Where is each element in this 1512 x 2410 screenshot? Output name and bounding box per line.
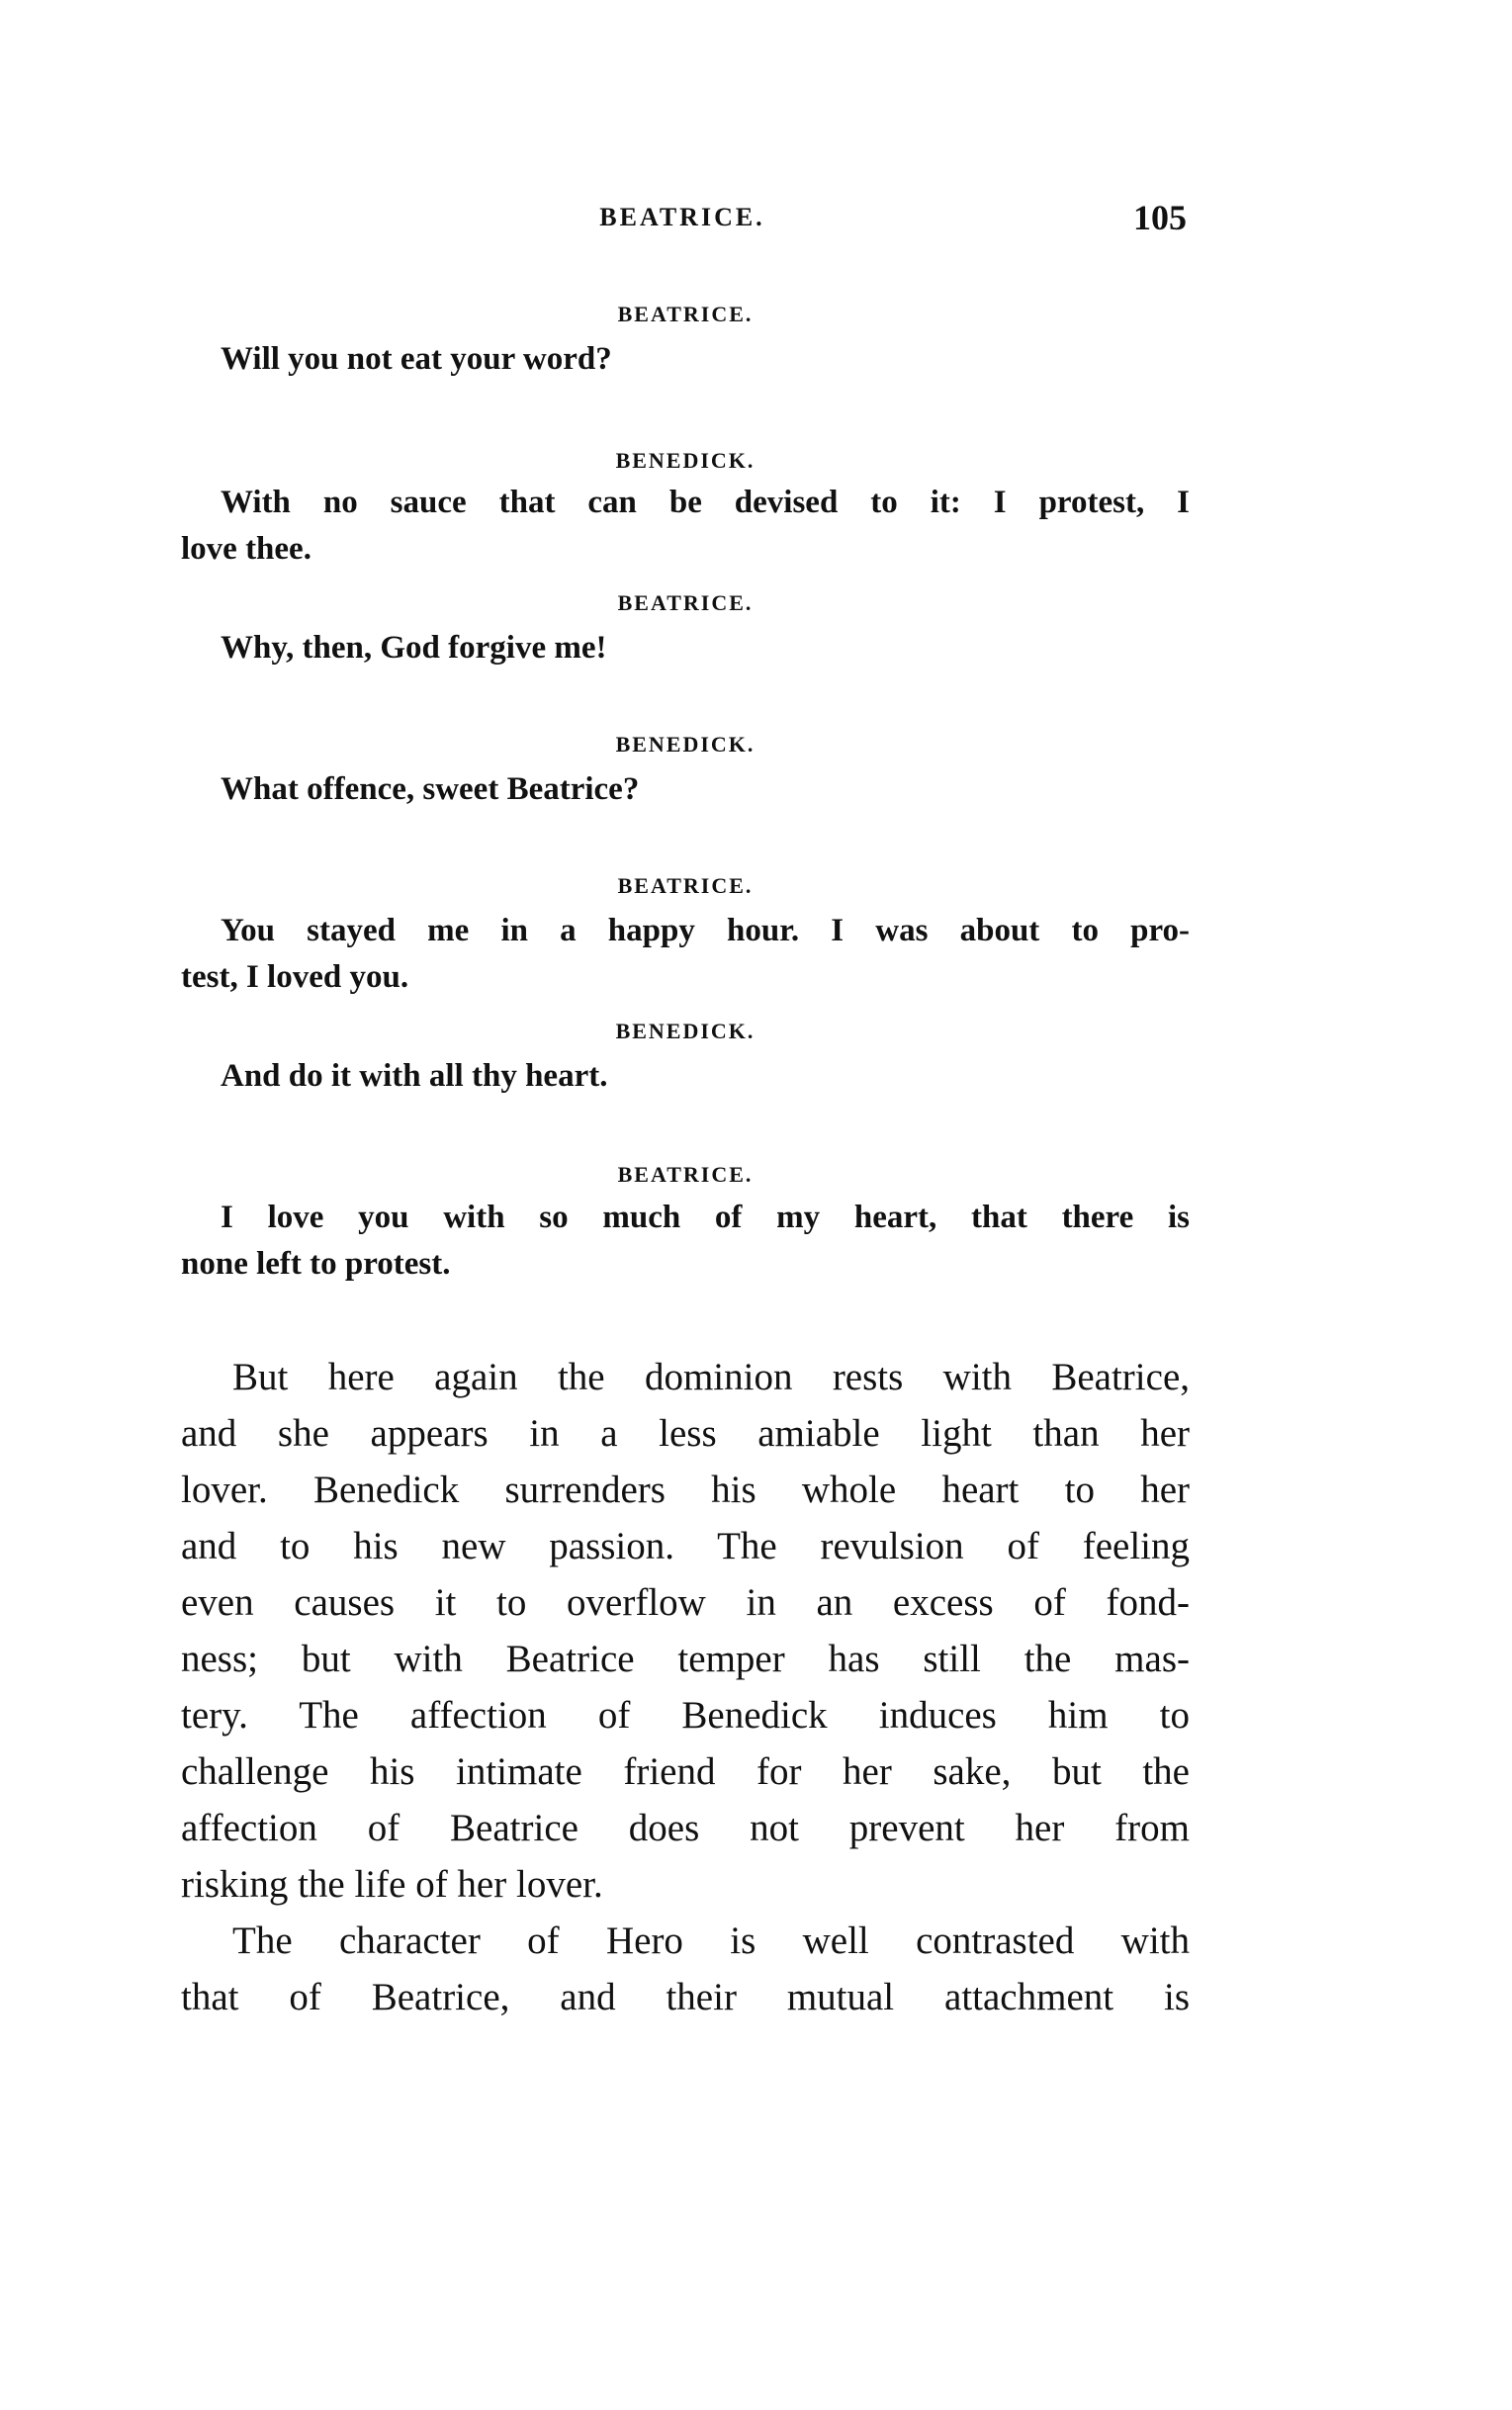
dialogue-line: none left to protest.: [181, 1246, 1190, 1283]
prose-line: even causes it to overflow in an excess …: [181, 1580, 1190, 1625]
speaker-label: BEATRICE.: [181, 873, 1190, 899]
dialogue-line: I love you with so much of my heart, tha…: [181, 1200, 1190, 1236]
page-number: 105: [1133, 197, 1187, 238]
dialogue-line: test, I loved you.: [181, 959, 1190, 996]
dialogue-line: What offence, sweet Beatrice?: [181, 771, 1190, 808]
running-header: BEATRICE. 105: [178, 203, 1187, 246]
book-page: BEATRICE. 105 BEATRICE. Will you not eat…: [0, 0, 1512, 2410]
prose-line: lover. Benedick surrenders his whole hea…: [181, 1468, 1190, 1512]
dialogue-line: Why, then, God forgive me!: [181, 630, 1190, 667]
dialogue-line: love thee.: [181, 531, 1190, 568]
prose-line: that of Beatrice, and their mutual attac…: [181, 1975, 1190, 2019]
dialogue-line: Will you not eat your word?: [181, 341, 1190, 378]
prose-line: ness; but with Beatrice temper has still…: [181, 1637, 1190, 1681]
speaker-label: BEATRICE.: [181, 302, 1190, 327]
dialogue-line: With no sauce that can be devised to it:…: [181, 485, 1190, 521]
speaker-label: BENEDICK.: [181, 1019, 1190, 1044]
running-header-title: BEATRICE.: [178, 203, 1187, 232]
prose-line: risking the life of her lover.: [181, 1862, 1190, 1907]
prose-line: affection of Beatrice does not prevent h…: [181, 1806, 1190, 1850]
speaker-label: BEATRICE.: [181, 590, 1190, 616]
speaker-label: BENEDICK.: [181, 732, 1190, 758]
dialogue-line: And do it with all thy heart.: [181, 1058, 1190, 1095]
prose-line: and to his new passion. The revulsion of…: [181, 1524, 1190, 1568]
speaker-label: BENEDICK.: [181, 448, 1190, 474]
speaker-label: BEATRICE.: [181, 1162, 1190, 1188]
prose-line: challenge his intimate friend for her sa…: [181, 1749, 1190, 1794]
prose-line: But here again the dominion rests with B…: [181, 1355, 1190, 1399]
prose-line: tery. The affection of Benedick induces …: [181, 1693, 1190, 1738]
dialogue-line: You stayed me in a happy hour. I was abo…: [181, 913, 1190, 949]
prose-line: The character of Hero is well contrasted…: [181, 1919, 1190, 1963]
prose-line: and she appears in a less amiable light …: [181, 1411, 1190, 1456]
